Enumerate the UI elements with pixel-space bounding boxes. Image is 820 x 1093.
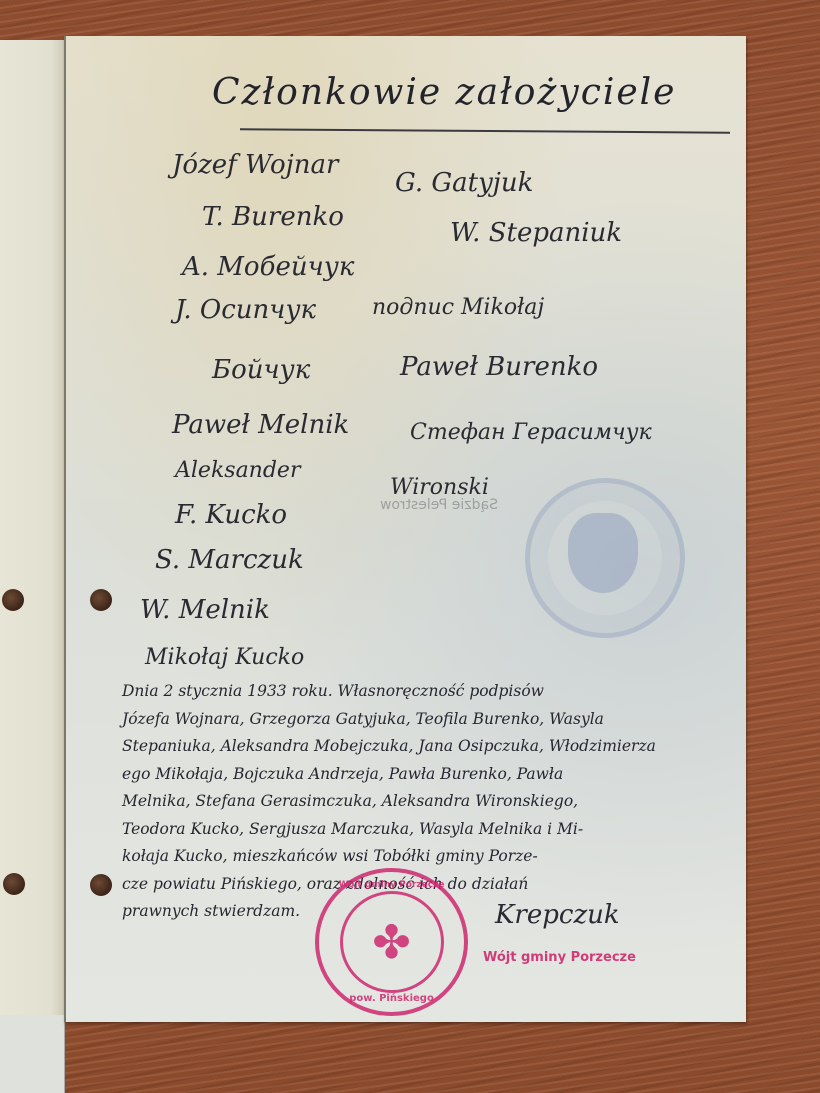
certification-line: Józefa Wojnara, Grzegorza Gatyjuka, Teof… — [122, 706, 732, 734]
signature: S. Marczuk — [155, 545, 304, 575]
signature: подпис Mikołaj — [372, 295, 544, 320]
official-title-stamp: Wójt gminy Porzecze — [483, 950, 636, 965]
certification-line: Dnia 2 stycznia 1933 roku. Własnoręcznoś… — [122, 678, 732, 706]
stamp-inner-ring: ✤ — [340, 891, 444, 993]
punch-hole-bottom — [90, 874, 112, 896]
punch-hole-top — [90, 589, 112, 611]
signature: Paweł Melnik — [172, 410, 349, 440]
eagle-emblem-icon: ✤ — [372, 919, 411, 965]
stamp-ring-text-bottom: pow. Pińskiego — [319, 993, 464, 1004]
mirrored-imprint-text: Sądzie Pelestrow — [380, 497, 498, 513]
signature: Paweł Burenko — [400, 352, 598, 382]
page-title: Członkowie założyciele — [212, 72, 677, 113]
certification-line: kołaja Kucko, mieszkańców wsi Tobółki gm… — [122, 843, 732, 871]
signature: G. Gatyjuk — [395, 168, 533, 198]
lower-sheet-edge — [0, 1015, 65, 1093]
certification-line: ego Mikołaja, Bojczuka Andrzeja, Pawła B… — [122, 761, 732, 789]
certification-line: Stepaniuka, Aleksandra Mobejczuka, Jana … — [122, 733, 732, 761]
official-signature: Krepczuk — [495, 900, 620, 930]
certification-line: Teodora Kucko, Sergjusza Marczuka, Wasyl… — [122, 816, 732, 844]
certification-line: Melnika, Stefana Gerasimczuka, Aleksandr… — [122, 788, 732, 816]
signature: W. Stepaniuk — [450, 218, 622, 248]
signature: Mikołaj Kucko — [145, 645, 304, 670]
signature: F. Kucko — [175, 500, 287, 530]
stamp-ring-text-top: Wójt gminy Porzecze — [319, 880, 464, 890]
signature: W. Melnik — [140, 595, 270, 625]
punch-hole-prev-top — [2, 589, 24, 611]
signature: Стефан Герасимчук — [410, 420, 652, 445]
signature: J. Осипчук — [175, 295, 316, 325]
signature: Aleksander — [175, 458, 300, 483]
signature: T. Burenko — [202, 202, 344, 232]
signature: Бойчук — [212, 355, 310, 385]
signature: A. Мобейчук — [182, 252, 354, 282]
signature: Józef Wojnar — [172, 150, 338, 180]
previous-page-edge — [0, 40, 65, 1015]
blue-stamp — [525, 478, 685, 638]
punch-hole-prev-bottom — [3, 873, 25, 895]
red-official-stamp: Wójt gminy Porzecze ✤ pow. Pińskiego — [315, 868, 468, 1016]
eagle-emblem-icon — [568, 513, 638, 593]
